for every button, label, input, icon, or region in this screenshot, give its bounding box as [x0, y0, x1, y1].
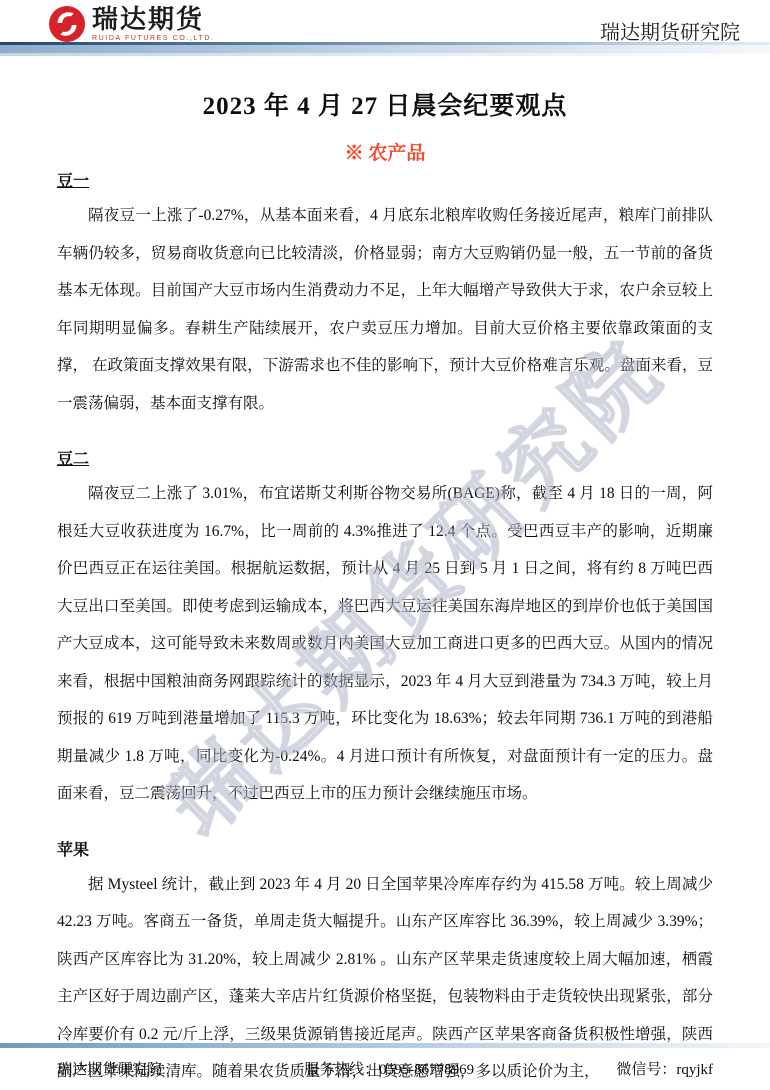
company-logo: 瑞达期货 RUIDA FUTURES CO.,LTD.: [48, 5, 215, 43]
header-bar-line-mid: [0, 45, 770, 53]
footer-divider-bar: [0, 1043, 770, 1048]
section-heading-apple: 苹果: [57, 837, 713, 860]
section-paragraph-douyi: 隔夜豆一上涨了-0.27%，从基本面来看，4 月底东北粮库收购任务接近尾声，粮库…: [57, 197, 713, 422]
page-header: 瑞达期货 RUIDA FUTURES CO.,LTD. 瑞达期货研究院: [0, 0, 770, 42]
document-title: 2023 年 4 月 27 日晨会纪要观点: [0, 86, 770, 122]
ruida-logo-icon: [48, 5, 86, 43]
brand-name-en: RUIDA FUTURES CO.,LTD.: [92, 35, 215, 42]
section-heading-douyi: 豆一: [57, 168, 713, 191]
page-footer: 瑞达期货研究院 服务热线：0595-86778969 微信号：rqyjkf: [57, 1058, 713, 1079]
document-subtitle: ※ 农产品: [0, 138, 770, 165]
header-bar-line-light: [0, 53, 770, 56]
brand-block: 瑞达期货 RUIDA FUTURES CO.,LTD.: [92, 5, 215, 42]
header-institute-title: 瑞达期货研究院: [600, 16, 740, 45]
section-apple: 苹果 据 Mysteel 统计，截止到 2023 年 4 月 20 日全国苹果冷…: [57, 837, 713, 1090]
footer-wechat: 微信号：rqyjkf: [616, 1058, 713, 1079]
section-heading-douer: 豆二: [57, 446, 713, 469]
footer-hotline: 服务热线：0595-86778969: [304, 1058, 474, 1079]
document-page: 瑞达期货 RUIDA FUTURES CO.,LTD. 瑞达期货研究院 2023…: [0, 0, 770, 1090]
footer-institute: 瑞达期货研究院: [57, 1058, 162, 1079]
document-body: 豆一 隔夜豆一上涨了-0.27%，从基本面来看，4 月底东北粮库收购任务接近尾声…: [57, 168, 713, 1090]
brand-name-cn: 瑞达期货: [92, 5, 215, 33]
section-douer: 豆二 隔夜豆二上涨了 3.01%，布宜诺斯艾利斯谷物交易所(BAGE)称，截至 …: [57, 446, 713, 813]
section-douyi: 豆一 隔夜豆一上涨了-0.27%，从基本面来看，4 月底东北粮库收购任务接近尾声…: [57, 168, 713, 422]
header-divider-bar: [0, 42, 770, 56]
section-paragraph-douer: 隔夜豆二上涨了 3.01%，布宜诺斯艾利斯谷物交易所(BAGE)称，截至 4 月…: [57, 475, 713, 813]
section-paragraph-apple: 据 Mysteel 统计，截止到 2023 年 4 月 20 日全国苹果冷库库存…: [57, 866, 713, 1090]
